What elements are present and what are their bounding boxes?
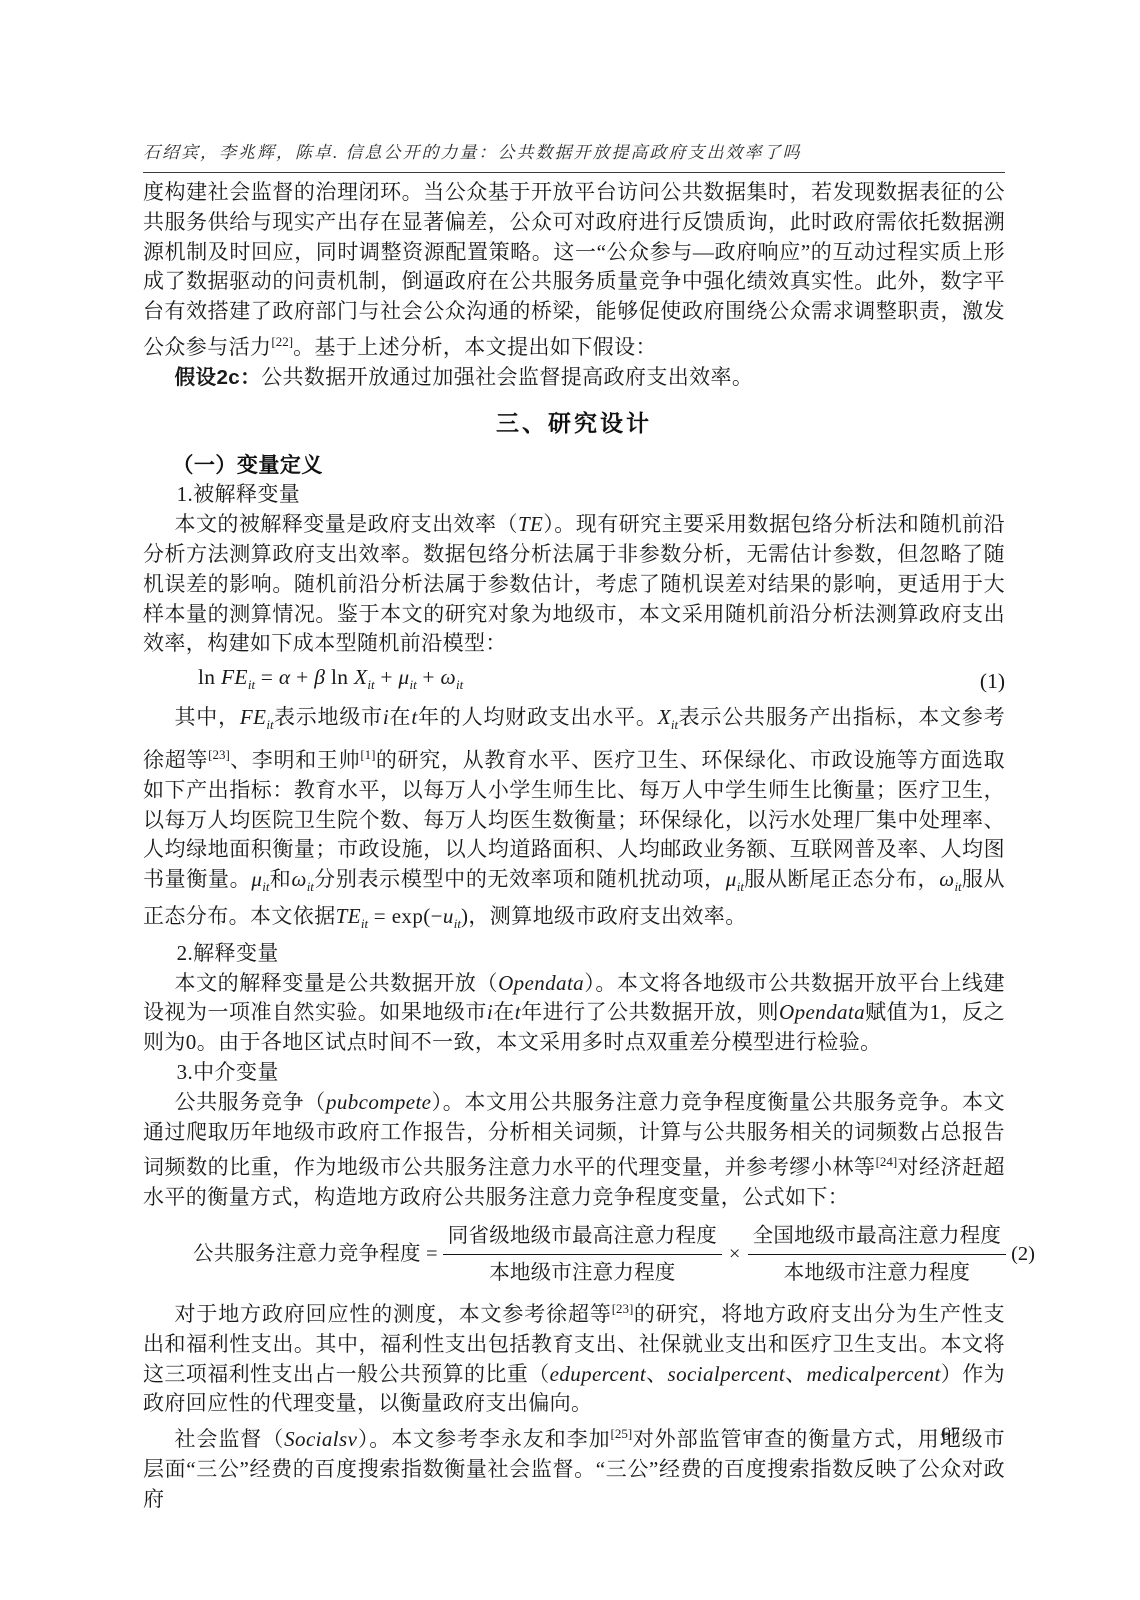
- paragraph-responsiveness: 对于地方政府回应性的测度，本文参考徐超等[23]的研究，将地方政府支出分为生产性…: [143, 1294, 1005, 1419]
- equation-2-label: (2): [1011, 1239, 1035, 1269]
- paragraph-pubcompete: 公共服务竞争（pubcompete）。本文用公共服务注意力竞争程度衡量公共服务竞…: [143, 1088, 1005, 1213]
- equation-1: ln FEit = α + β ln Xit + μit + ωit (1): [143, 659, 1005, 703]
- page-number: 67: [941, 1424, 960, 1446]
- header-rule: [143, 172, 1005, 173]
- paragraph-opendata: 本文的解释变量是公共数据开放（Opendata）。本文将各地级市公共数据开放平台…: [143, 969, 1005, 1058]
- page: 石绍宾，李兆辉，陈卓. 信息公开的力量：公共数据开放提高政府支出效率了吗 度构建…: [0, 0, 1140, 1600]
- subsection-variable-definition: （一）变量定义: [143, 451, 1005, 481]
- subitem-explanatory-variable: 2.解释变量: [143, 939, 1005, 969]
- hypothesis-2c: 假设2c：公共数据开放通过加强社会监督提高政府支出效率。: [143, 363, 1005, 393]
- section-title-research-design: 三、研究设计: [143, 407, 1005, 439]
- fraction-denominator: 本地级市注意力程度: [443, 1255, 722, 1288]
- equation-2-fraction-national: 全国地级市最高注意力程度 本地级市注意力程度: [748, 1221, 1006, 1288]
- equation-1-label: (1): [980, 663, 1005, 699]
- article-body: 度构建社会监督的治理闭环。当公众基于开放平台访问公共数据集时，若发现数据表征的公…: [143, 178, 1005, 1514]
- paragraph-accountability: 度构建社会监督的治理闭环。当公众基于开放平台访问公共数据集时，若发现数据表征的公…: [143, 178, 1005, 363]
- equation-2-fraction-province: 同省级地级市最高注意力程度 本地级市注意力程度: [443, 1221, 722, 1288]
- equation-1-expression: ln FEit = α + β ln Xit + μit + ωit: [198, 659, 463, 703]
- paragraph-te-measurement: 本文的被解释变量是政府支出效率（TE）。现有研究主要采用数据包络分析法和随机前沿…: [143, 510, 1005, 659]
- subitem-explained-variable: 1.被解释变量: [143, 480, 1005, 510]
- multiply-sign: ×: [729, 1239, 741, 1269]
- equation-2-lhs: 公共服务注意力竞争程度 =: [193, 1239, 438, 1269]
- paragraph-model-terms: 其中，FEit表示地级市i在t年的人均财政支出水平。Xit表示公共服务产出指标，…: [143, 703, 1005, 939]
- equation-2: 公共服务注意力竞争程度 = 同省级地级市最高注意力程度 本地级市注意力程度 × …: [143, 1213, 1005, 1294]
- running-head: 石绍宾，李兆辉，陈卓. 信息公开的力量：公共数据开放提高政府支出效率了吗: [143, 138, 1005, 163]
- paragraph-social-supervision: 社会监督（Socialsv）。本文参考李永友和李加[25]对外部监管审查的衡量方…: [143, 1419, 1005, 1514]
- fraction-numerator: 全国地级市最高注意力程度: [748, 1221, 1006, 1255]
- fraction-numerator: 同省级地级市最高注意力程度: [443, 1221, 722, 1255]
- content-column: 石绍宾，李兆辉，陈卓. 信息公开的力量：公共数据开放提高政府支出效率了吗 度构建…: [143, 0, 1005, 1514]
- fraction-denominator: 本地级市注意力程度: [748, 1255, 1006, 1288]
- subitem-mediator-variables: 3.中介变量: [143, 1058, 1005, 1088]
- page-header: 石绍宾，李兆辉，陈卓. 信息公开的力量：公共数据开放提高政府支出效率了吗: [143, 138, 1005, 173]
